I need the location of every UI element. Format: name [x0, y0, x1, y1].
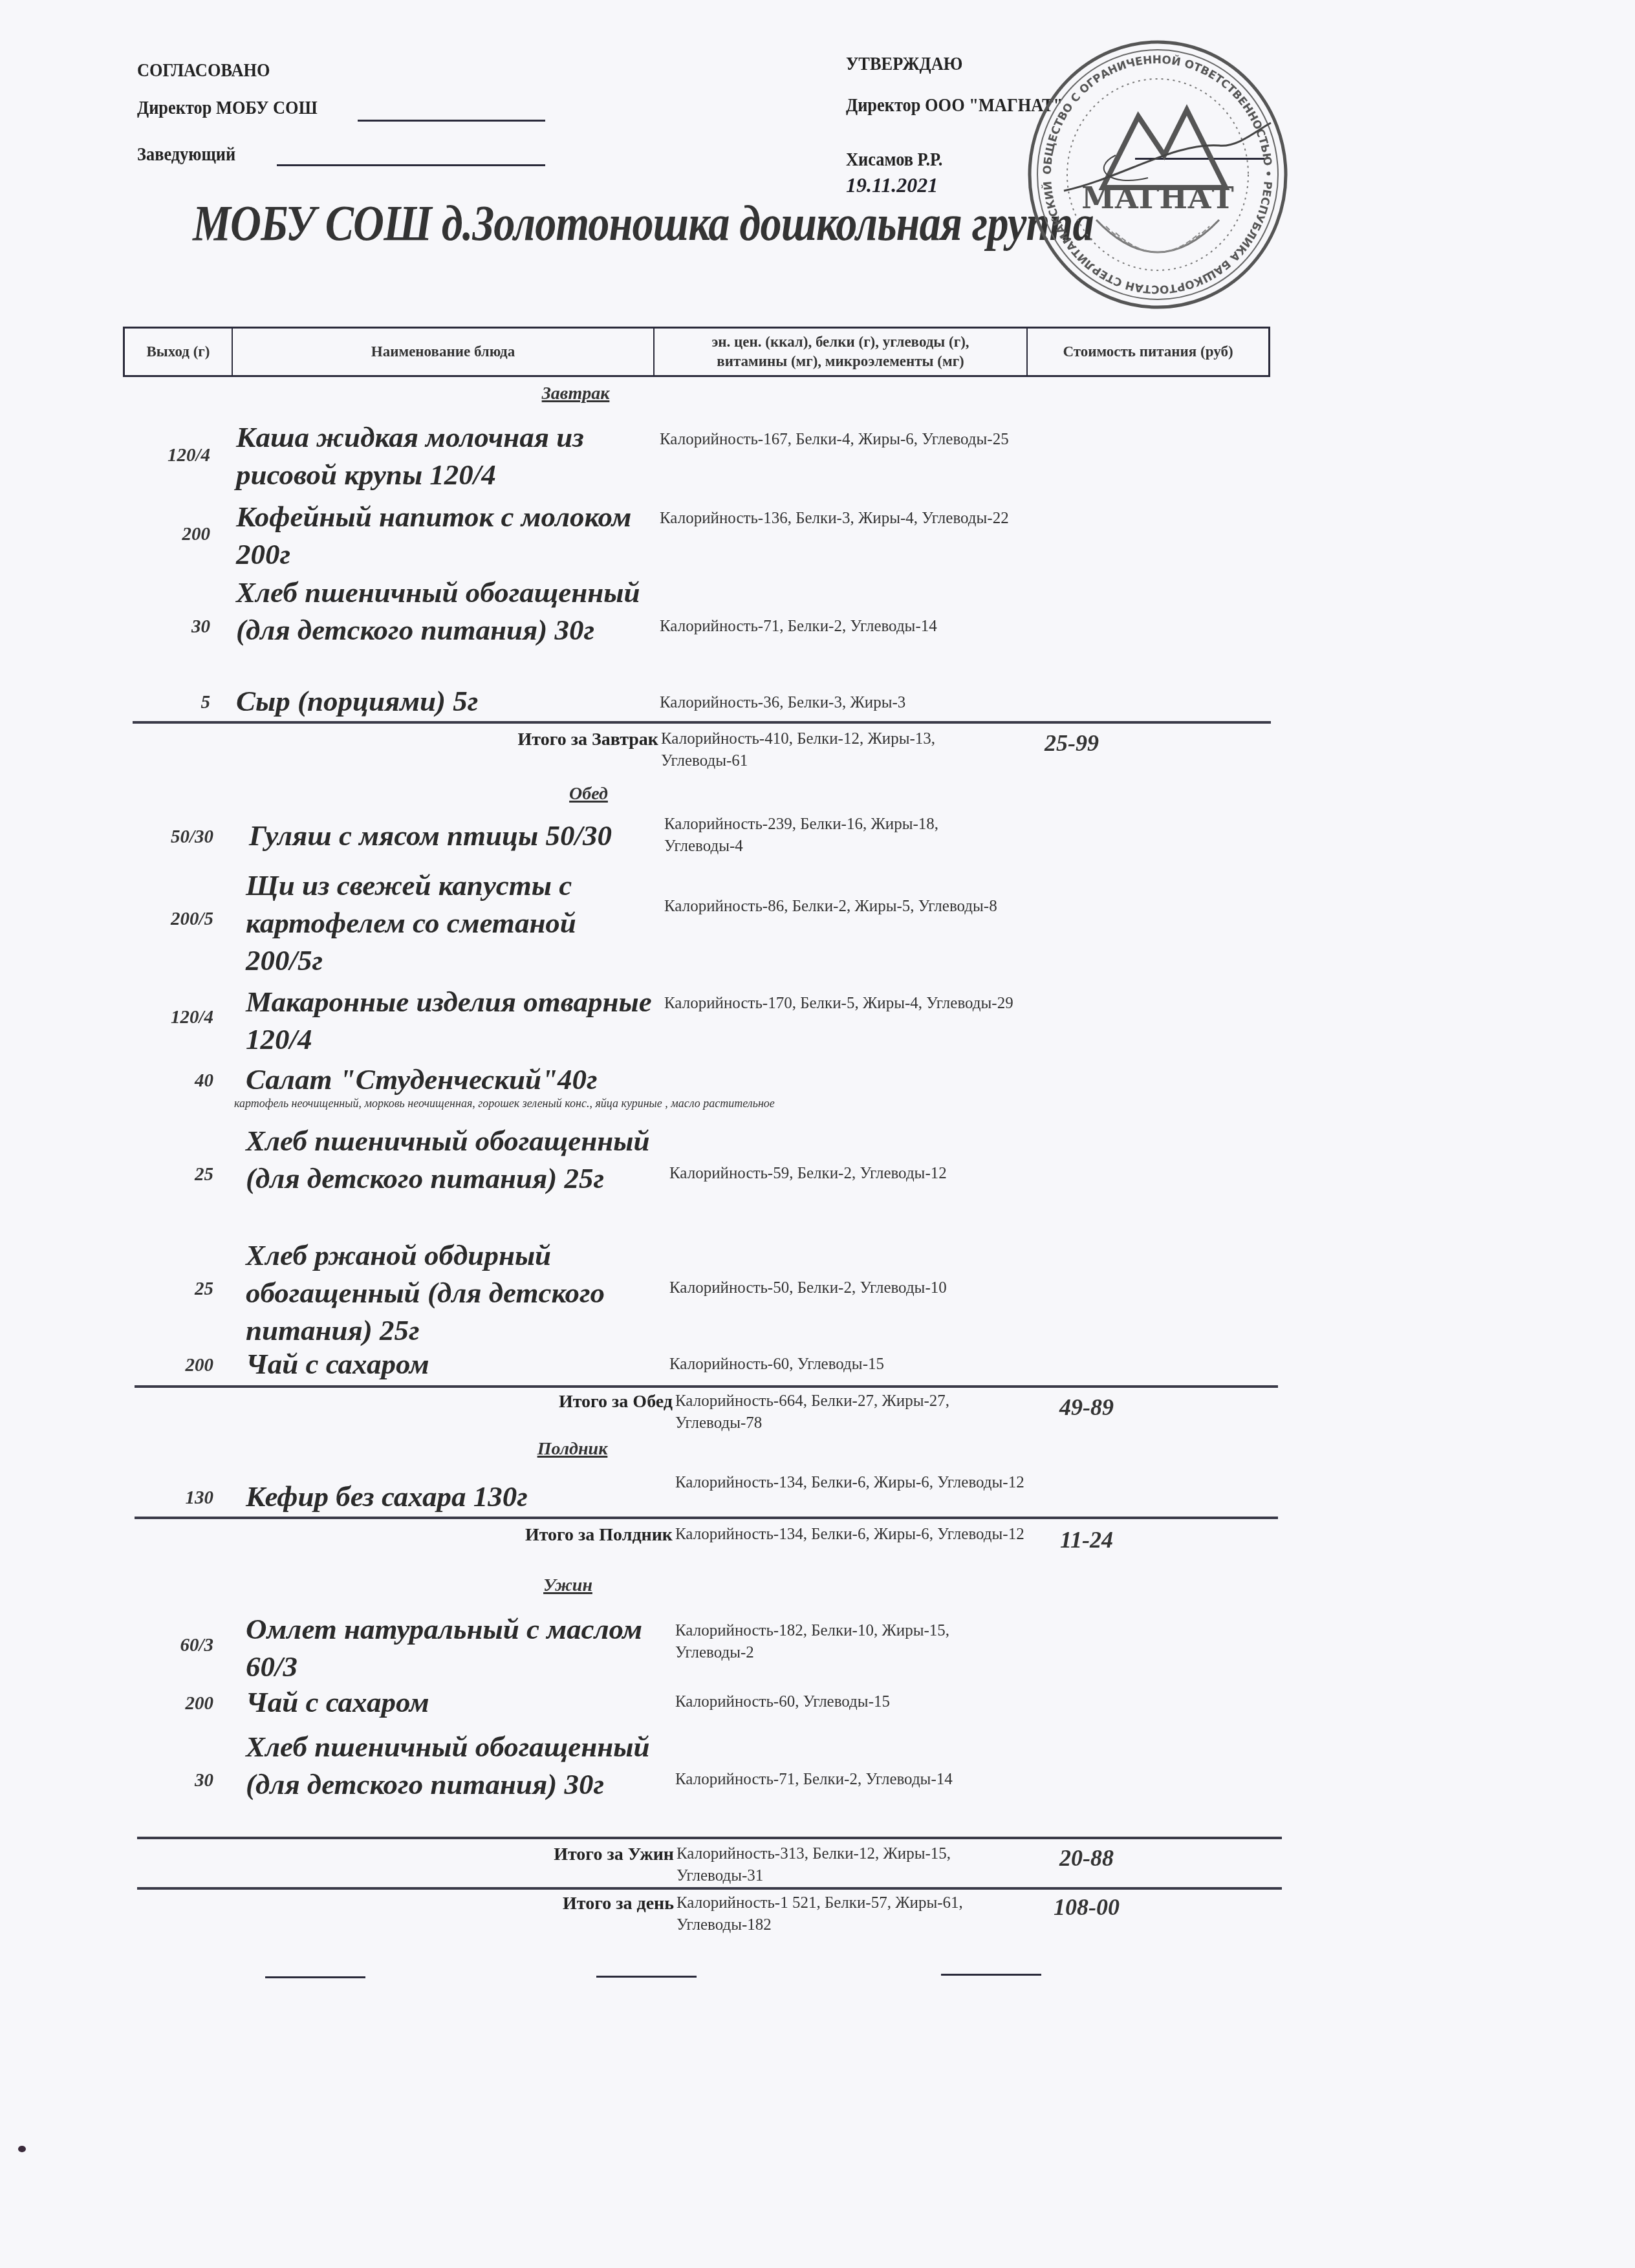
section-divider: [135, 1385, 1278, 1388]
section-title-dinner: Ужин: [471, 1575, 665, 1596]
section-divider: [133, 721, 1271, 724]
column-header-cost: Стоимость питания (руб): [1028, 329, 1268, 375]
approval-left-director-label: Директор МОБУ СОШ: [137, 97, 318, 119]
page-title: МОБУ СОШ д.Золотоношка дошкольная группа: [193, 194, 1094, 252]
svg-text:ОБЩЕСТВО С ОГРАНИЧЕННОЙ ОТВЕТС: ОБЩЕСТВО С ОГРАНИЧЕННОЙ ОТВЕТСТВЕННОСТЬЮ…: [1025, 39, 1274, 296]
svg-text:МАГНАТ: МАГНАТ: [1081, 180, 1233, 215]
total-cost: 11-24: [1028, 1526, 1145, 1553]
column-header-dish: Наименование блюда: [233, 329, 655, 375]
signature-line: [941, 1974, 1041, 1976]
company-stamp: ОБЩЕСТВО С ОГРАНИЧЕННОЙ ОТВЕТСТВЕННОСТЬЮ…: [1025, 39, 1290, 310]
day-total-cost: 108-00: [1028, 1894, 1145, 1921]
menu-table-header: Выход (г) Наименование блюда эн. цен. (к…: [123, 327, 1270, 377]
director-signature-line: [358, 120, 545, 122]
section-title-breakfast: Завтрак: [479, 383, 673, 404]
column-header-nutrition: эн. цен. (ккал), белки (г), углеводы (г)…: [655, 329, 1028, 375]
stamp-seal-icon: ОБЩЕСТВО С ОГРАНИЧЕННОЙ ОТВЕТСТВЕННОСТЬЮ…: [1025, 39, 1290, 310]
section-divider: [137, 1837, 1282, 1839]
section-divider: [137, 1887, 1282, 1890]
section-title-lunch: Обед: [492, 784, 686, 805]
approval-right-name: Хисамов Р.Р.: [846, 149, 942, 171]
section-divider: [135, 1517, 1278, 1519]
section-title-snack: Полдник: [475, 1439, 669, 1460]
total-cost: 20-88: [1028, 1844, 1145, 1872]
signature-line: [265, 1976, 365, 1978]
head-signature-line: [277, 164, 545, 166]
column-header-yield: Выход (г): [125, 329, 233, 375]
approval-right-heading: УТВЕРЖДАЮ: [846, 53, 962, 75]
total-cost: 25-99: [1013, 729, 1130, 757]
signature-line: [596, 1976, 697, 1978]
approval-left-heading: СОГЛАСОВАНО: [137, 59, 270, 81]
ink-blot-mark: [18, 2146, 26, 2152]
total-cost: 49-89: [1028, 1394, 1145, 1421]
salad-ingredients: картофель неочищенный, морковь неочищенн…: [234, 1097, 775, 1110]
approval-left-head-label: Заведующий: [137, 144, 235, 166]
